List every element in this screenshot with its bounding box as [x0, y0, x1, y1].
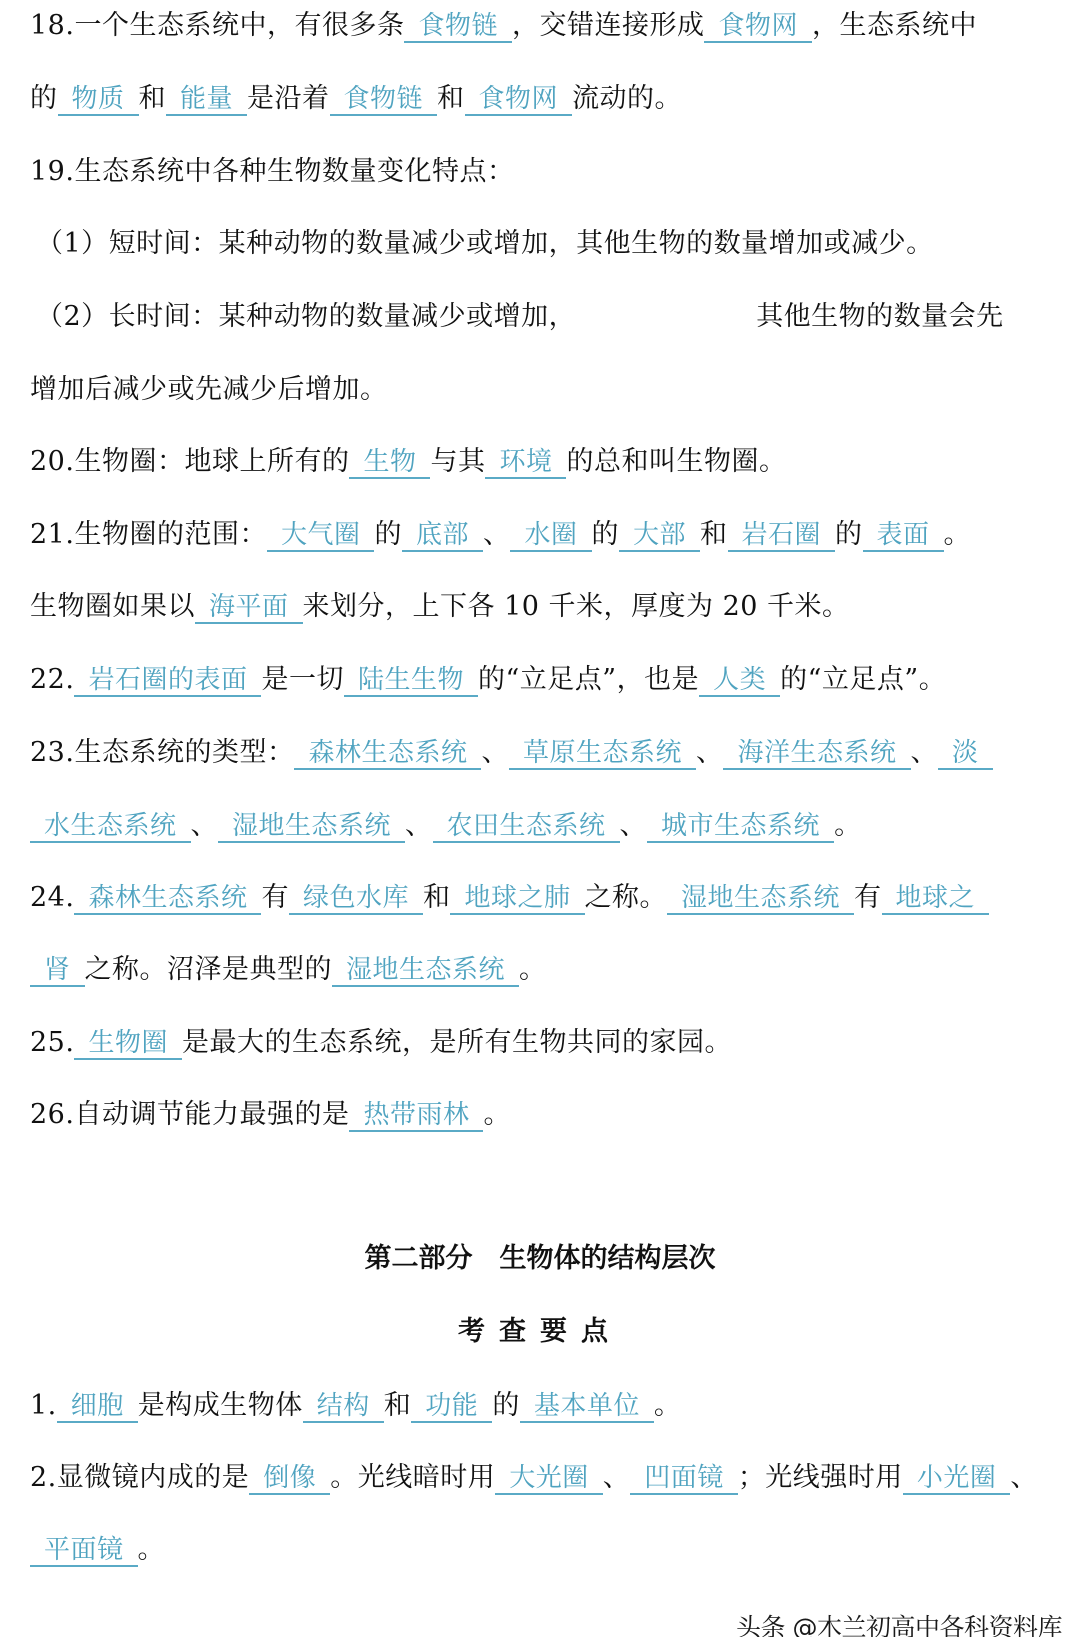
- statement-text: 、: [696, 737, 724, 768]
- text-line-q23-b: 水生态系统、湿地生态系统、农田生态系统、城市生态系统。: [30, 804, 1072, 848]
- statement-text: 的: [30, 83, 58, 114]
- answer-blank: 能量: [166, 84, 247, 116]
- statement-text: 22.: [30, 664, 74, 695]
- answer-blank: 环境: [485, 447, 566, 479]
- statement-text: 之称。: [585, 882, 668, 913]
- statement-text: （1）短时间：某种动物的数量减少或增加，其他生物的数量增加或减少。: [36, 228, 934, 259]
- answer-blank: 湿地生态系统: [667, 883, 854, 915]
- answer-blank: 大部: [619, 520, 700, 552]
- statement-text: 18.一个生态系统中，有很多条: [30, 10, 404, 41]
- statement-text: 1.: [30, 1390, 57, 1421]
- answer-blank: 食物网: [465, 84, 573, 116]
- answer-blank: 农田生态系统: [433, 811, 620, 843]
- text-line-p2-q2-b: 平面镜。: [30, 1528, 1072, 1572]
- answer-blank: 倒像: [249, 1463, 330, 1495]
- answer-blank: 平面镜: [30, 1535, 138, 1567]
- answer-blank: 人类: [699, 665, 780, 697]
- statement-text: 21.生物圈的范围：: [30, 519, 267, 550]
- statement-text: 。: [138, 1534, 166, 1565]
- statement-text: 。: [944, 519, 972, 550]
- answer-blank: 功能: [411, 1391, 492, 1423]
- statement-text: 20.生物圈：地球上所有的: [30, 446, 349, 477]
- statement-text: 流动的。: [572, 83, 682, 114]
- answer-blank: 城市生态系统: [647, 811, 834, 843]
- answer-blank: 绿色水库: [289, 883, 423, 915]
- statement-text: 25.: [30, 1027, 74, 1058]
- text-line-q19-2a: （2）长时间：某种动物的数量减少或增加，其他生物的数量会先: [36, 295, 1072, 339]
- answer-blank: 热带雨林: [349, 1100, 483, 1132]
- statement-text: 有: [261, 882, 289, 913]
- answer-blank: 细胞: [57, 1391, 138, 1423]
- answer-blank: 基本单位: [520, 1391, 654, 1423]
- statement-text: 是沿着: [247, 83, 330, 114]
- answer-blank: 水圈: [510, 520, 591, 552]
- statement-text: 是构成生物体: [138, 1390, 303, 1421]
- answer-blank: 大光圈: [495, 1463, 603, 1495]
- statement-text: 19.生态系统中各种生物数量变化特点：: [30, 156, 514, 187]
- statement-text: 生物圈如果以: [30, 591, 195, 622]
- statement-text: 23.生态系统的类型：: [30, 737, 294, 768]
- text-line-q19: 19.生态系统中各种生物数量变化特点：: [30, 150, 1072, 194]
- statement-text: 是一切: [261, 664, 344, 695]
- answer-blank: 森林生态系统: [74, 883, 261, 915]
- statement-text: 、: [603, 1462, 631, 1493]
- statement-text: ，生态系统中: [812, 10, 977, 41]
- answer-blank: 湿地生态系统: [218, 811, 405, 843]
- text-line-q22: 22.岩石圈的表面是一切陆生生物的“立足点”，也是人类的“立足点”。: [30, 658, 1072, 702]
- answer-blank: 食物网: [704, 11, 812, 43]
- answer-blank: 岩石圈: [728, 520, 836, 552]
- statement-text: 24.: [30, 882, 74, 913]
- text-line-p2-q2-a: 2.显微镜内成的是倒像。光线暗时用大光圈、凹面镜；光线强时用小光圈、: [30, 1456, 1072, 1500]
- answer-blank: 淡: [938, 738, 993, 770]
- statement-text: 、: [481, 737, 509, 768]
- statement-text: 、: [620, 810, 648, 841]
- text-line-q25: 25.生物圈是最大的生态系统，是所有生物共同的家园。: [30, 1021, 1072, 1065]
- answer-blank: 结构: [303, 1391, 384, 1423]
- statement-text: 和: [437, 83, 465, 114]
- text-line-q24-b: 肾之称。沼泽是典型的湿地生态系统。: [30, 948, 1072, 992]
- statement-text: 的总和叫生物圈。: [566, 446, 786, 477]
- answer-blank: 凹面镜: [630, 1463, 738, 1495]
- statement-text: 与其: [430, 446, 485, 477]
- text-line-q19-2b: 增加后减少或先减少后增加。: [30, 368, 1072, 412]
- text-line-q26: 26.自动调节能力最强的是热带雨林。: [30, 1093, 1072, 1137]
- statement-text: 其他生物的数量会先: [756, 301, 1004, 332]
- text-line-q18-b: 的物质和能量是沿着食物链和食物网流动的。: [30, 77, 1072, 121]
- statement-text: 增加后减少或先减少后增加。: [30, 374, 388, 405]
- statement-text: 、: [1010, 1462, 1038, 1493]
- answer-blank: 食物链: [330, 84, 438, 116]
- text-line-q18-a: 18.一个生态系统中，有很多条食物链，交错连接形成食物网，生态系统中: [30, 4, 1072, 48]
- statement-text: （2）长时间：某种动物的数量减少或增加，: [36, 301, 576, 332]
- text-line-q24-a: 24.森林生态系统有绿色水库和地球之肺之称。湿地生态系统有地球之: [30, 876, 1072, 920]
- watermark: 头条 @木兰初高中各科资料库: [736, 1608, 1062, 1637]
- statement-text: 2.显微镜内成的是: [30, 1462, 249, 1493]
- statement-text: 。: [834, 810, 862, 841]
- statement-text: 的: [492, 1390, 520, 1421]
- answer-blank: 陆生生物: [344, 665, 478, 697]
- answer-blank: 表面: [863, 520, 944, 552]
- statement-text: 、: [911, 737, 939, 768]
- statement-text: ，交错连接形成: [512, 10, 705, 41]
- answer-blank: 食物链: [404, 11, 512, 43]
- statement-text: 的: [835, 519, 863, 550]
- answer-blank: 生物圈: [74, 1028, 182, 1060]
- document-page: 18.一个生态系统中，有很多条食物链，交错连接形成食物网，生态系统中的物质和能量…: [0, 0, 1080, 1637]
- statement-text: 的“立足点”。: [780, 664, 946, 695]
- statement-text: ；光线强时用: [738, 1462, 903, 1493]
- text-line-q23-a: 23.生态系统的类型：森林生态系统、草原生态系统、海洋生态系统、淡: [30, 731, 1072, 775]
- statement-text: 的: [592, 519, 620, 550]
- answer-blank: 岩石圈的表面: [74, 665, 261, 697]
- answer-blank: 大气圈: [267, 520, 375, 552]
- answer-blank: 森林生态系统: [294, 738, 481, 770]
- statement-text: 、: [483, 519, 511, 550]
- answer-blank: 地球之肺: [450, 883, 584, 915]
- text-line-p2-q1: 1.细胞是构成生物体结构和功能的基本单位。: [30, 1384, 1072, 1428]
- text-line-q21-a: 21.生物圈的范围：大气圈的底部、水圈的大部和岩石圈的表面。: [30, 513, 1072, 557]
- answer-blank: 生物: [349, 447, 430, 479]
- statement-text: 和: [384, 1390, 412, 1421]
- statement-text: 26.自动调节能力最强的是: [30, 1099, 349, 1130]
- statement-text: 来划分，上下各 10 千米，厚度为 20 千米。: [303, 591, 850, 622]
- text-line-q20: 20.生物圈：地球上所有的生物与其环境的总和叫生物圈。: [30, 440, 1072, 484]
- statement-text: 和: [700, 519, 728, 550]
- statement-text: 有: [854, 882, 882, 913]
- statement-text: 。: [654, 1390, 682, 1421]
- answer-blank: 小光圈: [903, 1463, 1011, 1495]
- answer-blank: 肾: [30, 955, 85, 987]
- section-title: 第二部分 生物体的结构层次: [0, 1237, 1080, 1281]
- statement-text: 和: [423, 882, 451, 913]
- statement-text: 。: [483, 1099, 511, 1130]
- statement-text: 的“立足点”，也是: [478, 664, 699, 695]
- answer-blank: 物质: [58, 84, 139, 116]
- answer-blank: 草原生态系统: [509, 738, 696, 770]
- answer-blank: 海平面: [195, 592, 303, 624]
- statement-text: 之称。沼泽是典型的: [85, 954, 333, 985]
- statement-text: 、: [405, 810, 433, 841]
- statement-text: 的: [374, 519, 402, 550]
- answer-blank: 地球之: [882, 883, 990, 915]
- answer-blank: 水生态系统: [30, 811, 191, 843]
- statement-text: 和: [139, 83, 167, 114]
- answer-blank: 底部: [402, 520, 483, 552]
- statement-text: 、: [191, 810, 219, 841]
- section-subtitle: 考查要点: [0, 1310, 1080, 1354]
- answer-blank: 海洋生态系统: [723, 738, 910, 770]
- statement-text: 。: [519, 954, 547, 985]
- answer-blank: 湿地生态系统: [332, 955, 519, 987]
- text-line-q19-1: （1）短时间：某种动物的数量减少或增加，其他生物的数量增加或减少。: [36, 222, 1072, 266]
- statement-text: 是最大的生态系统，是所有生物共同的家园。: [182, 1027, 732, 1058]
- text-line-q21-b: 生物圈如果以海平面来划分，上下各 10 千米，厚度为 20 千米。: [30, 585, 1072, 629]
- statement-text: 。光线暗时用: [330, 1462, 495, 1493]
